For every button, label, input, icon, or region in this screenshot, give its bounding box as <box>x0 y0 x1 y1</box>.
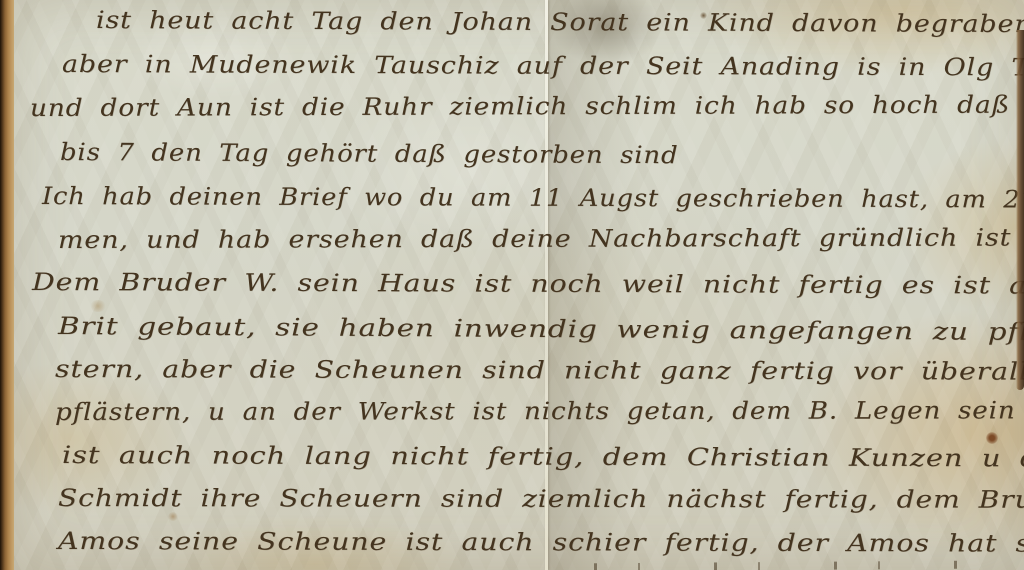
binding-edge-right <box>1016 30 1024 390</box>
handwritten-line-4: bis 7 den Tag gehört daß gestorben sind <box>60 138 679 169</box>
handwritten-line-5: Ich hab deinen Brief wo du am 11 Augst g… <box>42 182 1024 214</box>
handwritten-line-1: ist heut acht Tag den Johan Sorat ein Ki… <box>96 6 1024 39</box>
handwritten-line-2: aber in Mudenewik Tauschiz auf der Seit … <box>62 50 1024 82</box>
stain-spot <box>168 512 178 521</box>
handwritten-line-11: ist auch noch lang nicht fertig, dem Chr… <box>62 441 1024 473</box>
handwritten-line-9: stern, aber die Scheunen sind nicht ganz… <box>55 355 1024 386</box>
ink-stain-spot <box>986 432 998 444</box>
handwritten-line-3: und dort Aun ist die Ruhr ziemlich schli… <box>30 90 1024 122</box>
handwritten-line-7: Dem Bruder W. sein Haus ist noch weil ni… <box>32 268 1024 300</box>
handwritten-line-13: Amos seine Scheune ist auch schier ferti… <box>58 527 1024 558</box>
stain-spot <box>90 300 106 312</box>
handwritten-line-6: men, und hab ersehen daß deine Nachbarsc… <box>58 223 1024 254</box>
letter-page: ist heut acht Tag den Johan Sorat ein Ki… <box>0 0 1024 570</box>
handwritten-line-12: Schmidt ihre Scheuern sind ziemlich näch… <box>58 484 1024 514</box>
binding-edge-left <box>0 0 14 570</box>
handwritten-line-10: pflästern, u an der Werkst ist nichts ge… <box>55 396 1024 426</box>
